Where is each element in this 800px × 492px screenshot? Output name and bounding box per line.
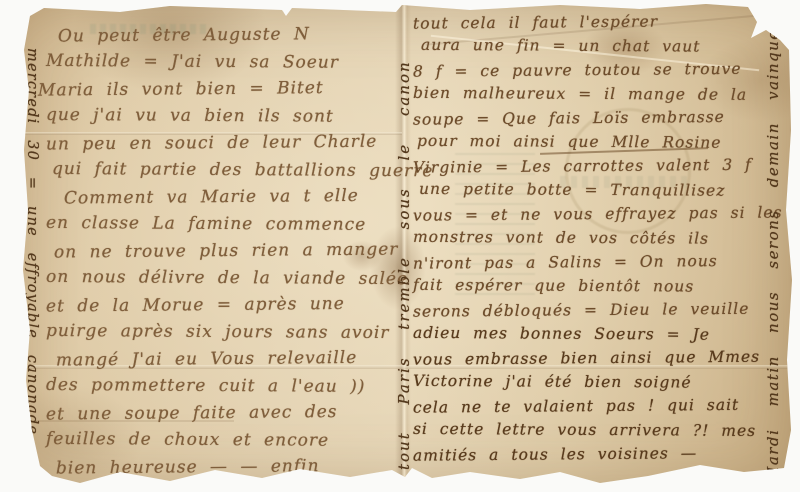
handwritten-line: vous = et ne vous effrayez pas si les [413,200,797,227]
handwritten-line: on ne trouve plus rien a manger [54,236,398,266]
handwritten-line: bien heureuse — — enfin [56,453,398,483]
handwritten-line: n'iront pas a Salins = On nous [413,248,797,275]
handwritten-line: cela ne te valaient pas ! qui sait [413,392,797,419]
handwritten-line: amitiés a tous les voisines — [413,440,797,467]
handwritten-line: Mathilde = J'ai vu sa Soeur [46,48,398,77]
handwritten-line: Comment va Marie va t elle [64,183,398,213]
handwritten-line: bien malheureux = il mange de la [413,81,797,107]
handwritten-line: en classe La famine commence [46,210,398,239]
letter-paper: Ou peut être Auguste N Mathilde = J'ai v… [0,0,800,492]
handwritten-line: feuilles de choux et encore [46,426,398,455]
handwritten-line: et de la Morue = après une [46,290,398,320]
handwritten-line: mangé J'ai eu Vous relevaille [56,345,398,375]
ink-speck [283,9,288,13]
handwritten-line: tout cela il faut l'espérer [413,8,797,35]
left-margin-annotation: mercredi 30 = une effroyable canonade De… [2,48,42,478]
handwritten-line: que j'ai vu va bien ils sont [46,102,398,131]
right-page-text: tout cela il faut l'espérer aura une fin… [413,10,797,466]
handwritten-line: 8 f = ce pauvre toutou se trouve [413,56,797,83]
letter-scan: Ou peut être Auguste N Mathilde = J'ai v… [0,0,800,492]
handwritten-line: mercredi 30 = une effroyable canonade [22,48,42,478]
handwritten-line: une petite botte = Tranquillisez [419,177,797,203]
handwritten-line: monstres vont de vos côtés ils [413,225,797,251]
center-fold-annotation: tout Paris tremble sous le canon [395,25,415,470]
handwritten-line: Virginie = Les carrottes valent 3 f [413,152,797,179]
handwritten-line: adieu mes bonnes Soeurs = Je [413,321,797,347]
handwritten-line: Maria ils vont bien = Bitet [38,74,398,104]
handwritten-line: vous embrasse bien ainsi que Mmes [413,344,797,371]
handwritten-line: on nous délivre de la viande salée [46,264,398,293]
handwritten-line: si cette lettre vous arrivera ?! mes [413,417,797,443]
handwritten-line: Ou peut être Auguste N [58,21,398,51]
handwritten-line: serons débloqués = Dieu le veuille [413,296,797,323]
handwritten-line: Depuis ce matin rien assura t il ? [2,48,22,478]
handwritten-line: aura une fin = un chat vaut [421,33,797,59]
handwritten-line: des pommettere cuit a l'eau )) [46,372,398,401]
handwritten-line: qui fait partie des battallions guerre [52,156,398,185]
ink-speck [545,477,552,481]
handwritten-line: soupe = Que fais Loïs embrasse [413,104,797,131]
handwritten-line: et une soupe faite avec des [46,398,398,428]
handwritten-line: fait espérer que bientôt nous [413,273,797,299]
handwritten-line: Victorine j'ai été bien soigné [413,369,797,395]
right-margin-annotation: Mardi matin nous serons demain vainqueur… [764,24,788,482]
handwritten-line: puirge après six jours sans avoir [46,318,398,347]
left-page-text: Ou peut être Auguste N Mathilde = J'ai v… [46,22,398,481]
handwritten-line: un peu en souci de leur Charle [46,128,398,158]
